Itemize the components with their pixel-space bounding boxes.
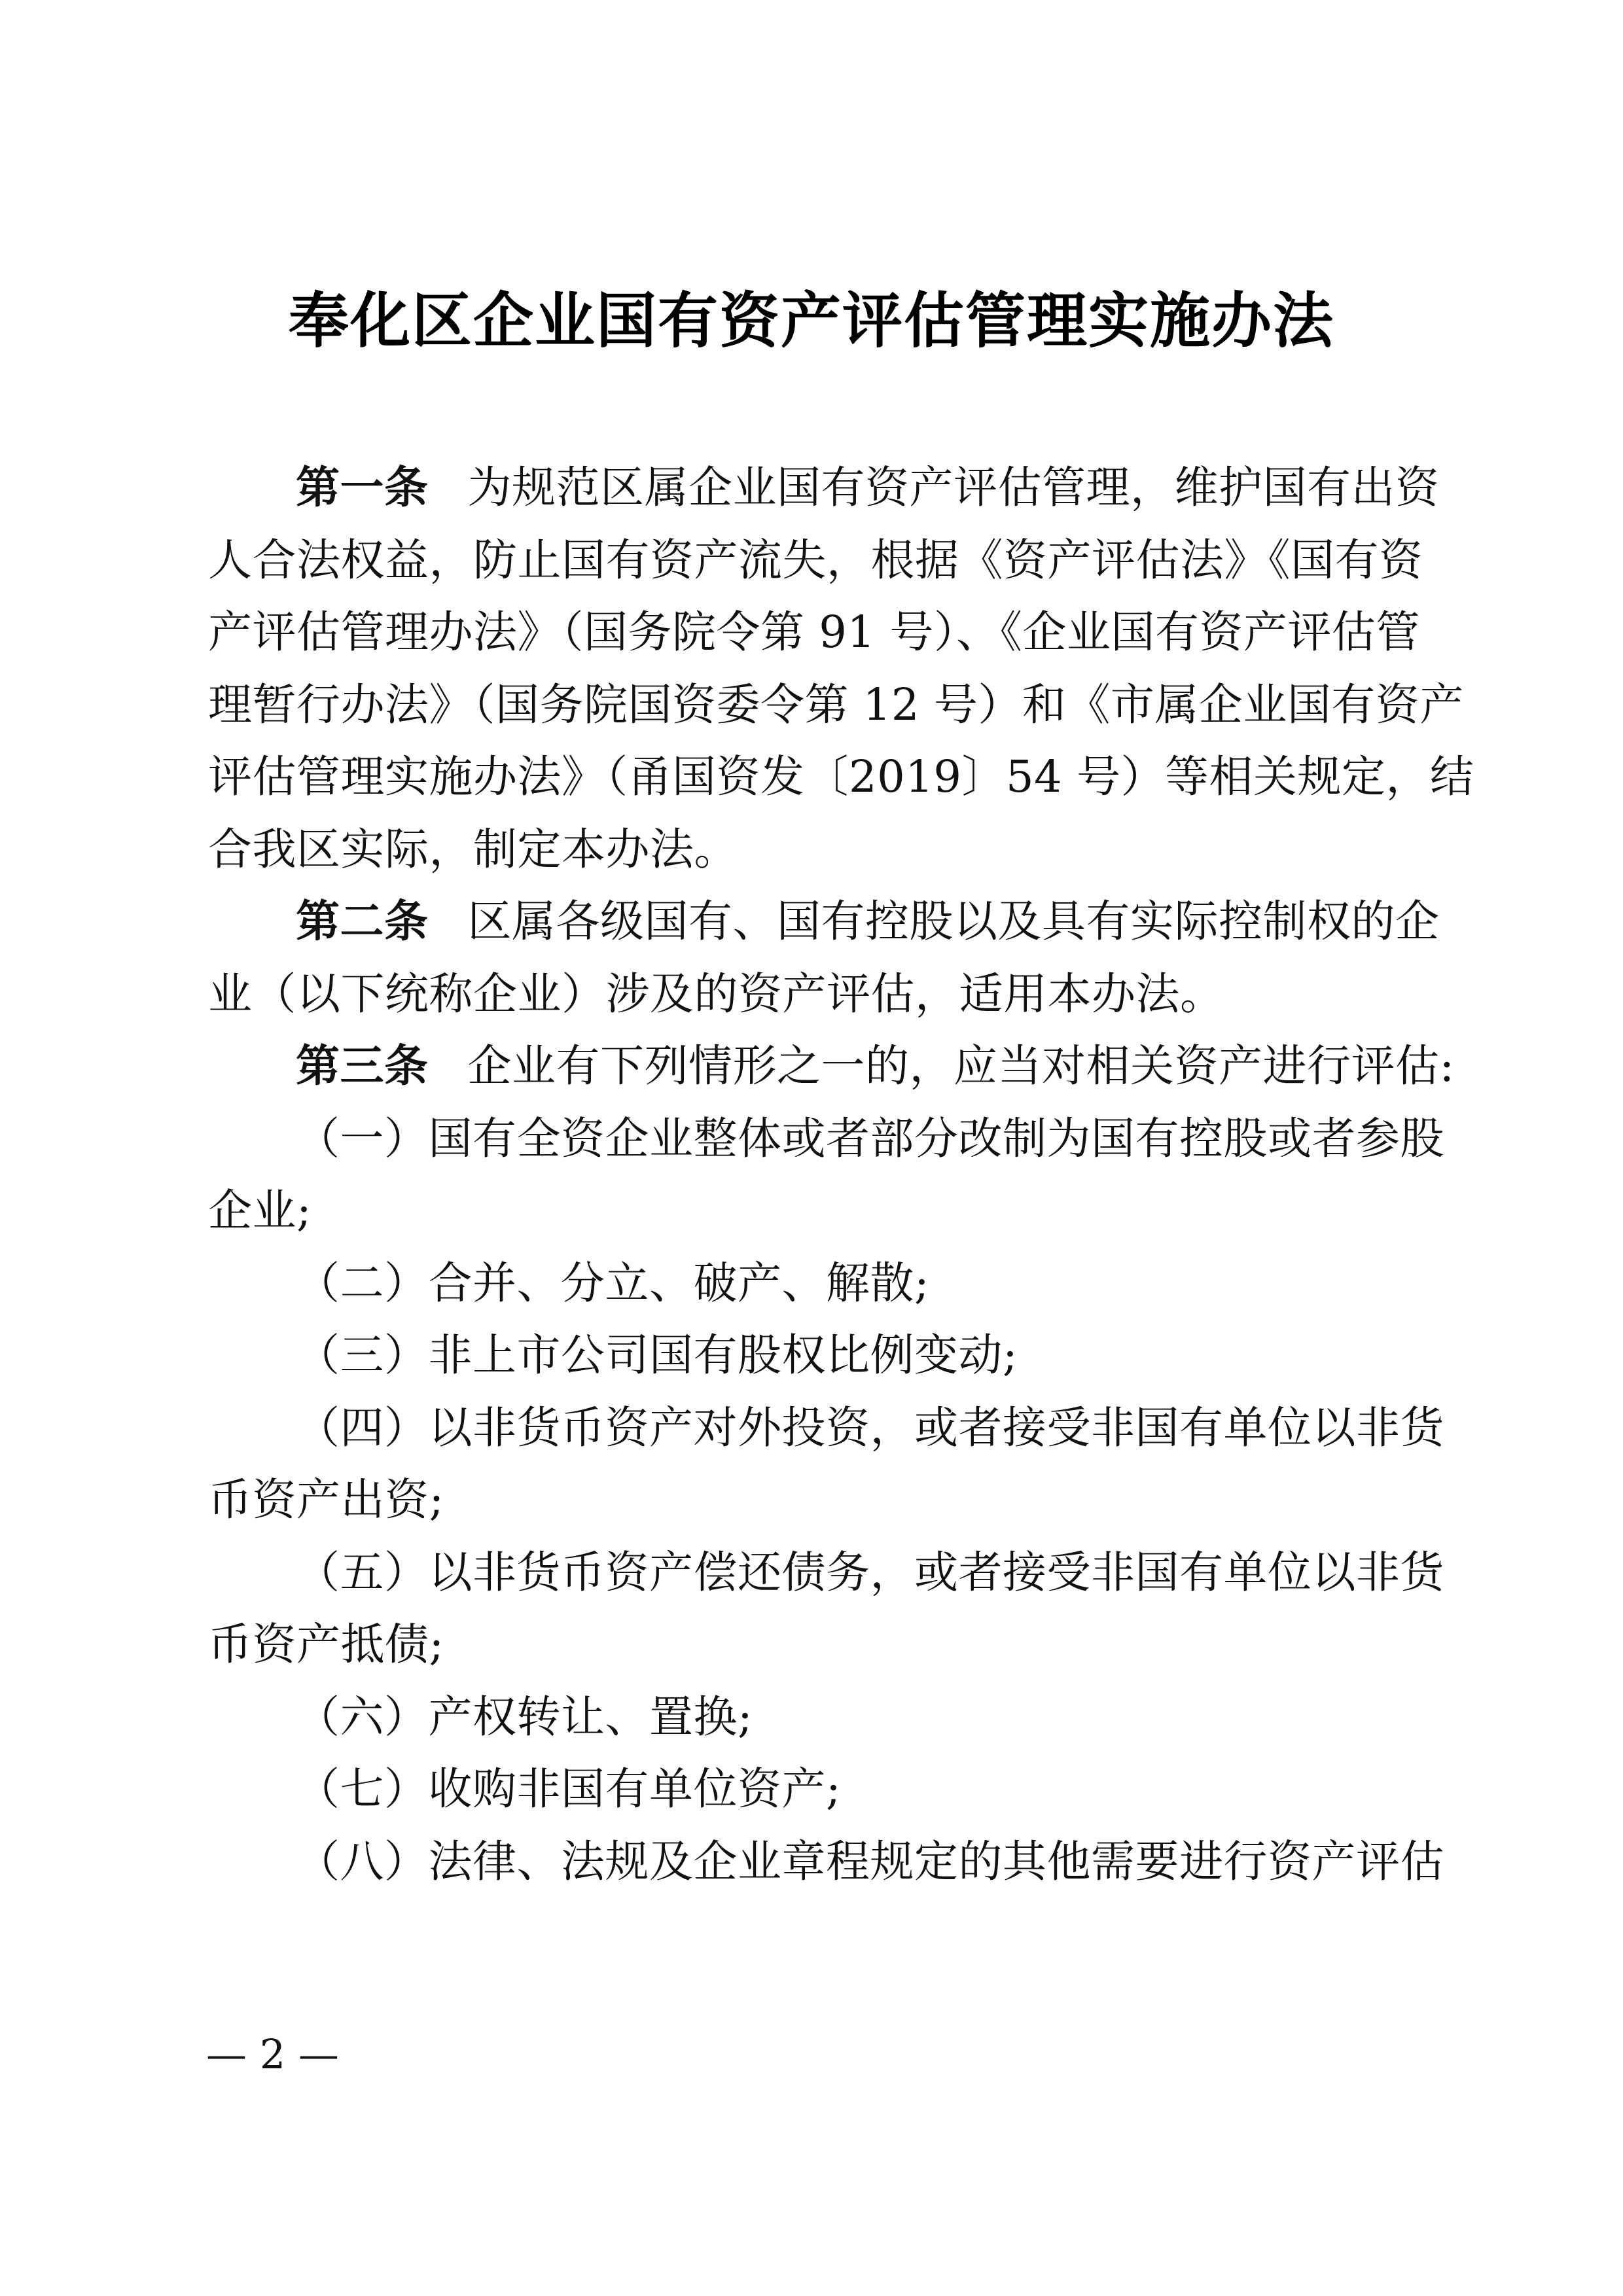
article-line: 第三条企业有下列情形之一的，应当对相关资产进行评估: xyxy=(208,1030,1406,1103)
article-2: 第二条区属各级国有、国有控股以及具有实际控制权的企 业（以下统称企业）涉及的资产… xyxy=(208,885,1406,1030)
item-line: （五）以非货币资产偿还债务，或者接受非国有单位以非货 xyxy=(208,1536,1406,1609)
item-line: （三）非上市公司国有股权比例变动; xyxy=(208,1319,1406,1392)
item-line: 币资产出资; xyxy=(208,1464,1406,1536)
article-line: 理暂行办法》（国务院国资委令第 12 号）和《市属企业国有资产 xyxy=(208,669,1406,741)
item-line: （四）以非货币资产对外投资，或者接受非国有单位以非货 xyxy=(208,1392,1406,1464)
article-line: 人合法权益，防止国有资产流失，根据《资产评估法》《国有资 xyxy=(208,524,1406,597)
list-item: （六）产权转让、置换; xyxy=(208,1681,1406,1754)
item-line: （八）法律、法规及企业章程规定的其他需要进行资产评估 xyxy=(208,1826,1406,1898)
item-line: 币资产抵债; xyxy=(208,1608,1406,1681)
article-number: 第三条 xyxy=(296,1040,429,1091)
list-item: （三）非上市公司国有股权比例变动; xyxy=(208,1319,1406,1392)
list-item: （二）合并、分立、破产、解散; xyxy=(208,1247,1406,1320)
item-line: （七）收购非国有单位资产; xyxy=(208,1753,1406,1826)
list-item: （一）国有全资企业整体或者部分改制为国有控股或者参股 企业; xyxy=(208,1103,1406,1247)
document-page: 奉化区企业国有资产评估管理实施办法 第一条为规范区属企业国有资产评估管理，维护国… xyxy=(0,0,1623,2296)
list-item: （七）收购非国有单位资产; xyxy=(208,1753,1406,1826)
article-number: 第一条 xyxy=(296,462,429,513)
list-item: （八）法律、法规及企业章程规定的其他需要进行资产评估 xyxy=(208,1826,1406,1898)
article-line: 合我区实际，制定本办法。 xyxy=(208,813,1406,886)
article-3: 第三条企业有下列情形之一的，应当对相关资产进行评估: xyxy=(208,1030,1406,1103)
item-line: （一）国有全资企业整体或者部分改制为国有控股或者参股 xyxy=(208,1103,1406,1175)
list-item: （五）以非货币资产偿还债务，或者接受非国有单位以非货 币资产抵债; xyxy=(208,1536,1406,1681)
document-title: 奉化区企业国有资产评估管理实施办法 xyxy=(0,281,1623,360)
item-line: （二）合并、分立、破产、解散; xyxy=(208,1247,1406,1320)
article-line: 第二条区属各级国有、国有控股以及具有实际控制权的企 xyxy=(208,885,1406,958)
article-1: 第一条为规范区属企业国有资产评估管理，维护国有出资 人合法权益，防止国有资产流失… xyxy=(208,451,1406,885)
article-line: 业（以下统称企业）涉及的资产评估，适用本办法。 xyxy=(208,958,1406,1031)
item-line: 企业; xyxy=(208,1174,1406,1247)
item-line: （六）产权转让、置换; xyxy=(208,1681,1406,1754)
list-item: （四）以非货币资产对外投资，或者接受非国有单位以非货 币资产出资; xyxy=(208,1392,1406,1536)
document-body: 第一条为规范区属企业国有资产评估管理，维护国有出资 人合法权益，防止国有资产流失… xyxy=(208,451,1406,1898)
article-number: 第二条 xyxy=(296,896,429,947)
article-line: 第一条为规范区属企业国有资产评估管理，维护国有出资 xyxy=(208,451,1406,524)
article-line: 评估管理实施办法》（甬国资发〔2019〕54 号）等相关规定，结 xyxy=(208,741,1406,813)
article-line: 产评估管理办法》（国务院令第 91 号）、《企业国有资产评估管 xyxy=(208,596,1406,669)
page-number: — 2 — xyxy=(206,2028,339,2081)
